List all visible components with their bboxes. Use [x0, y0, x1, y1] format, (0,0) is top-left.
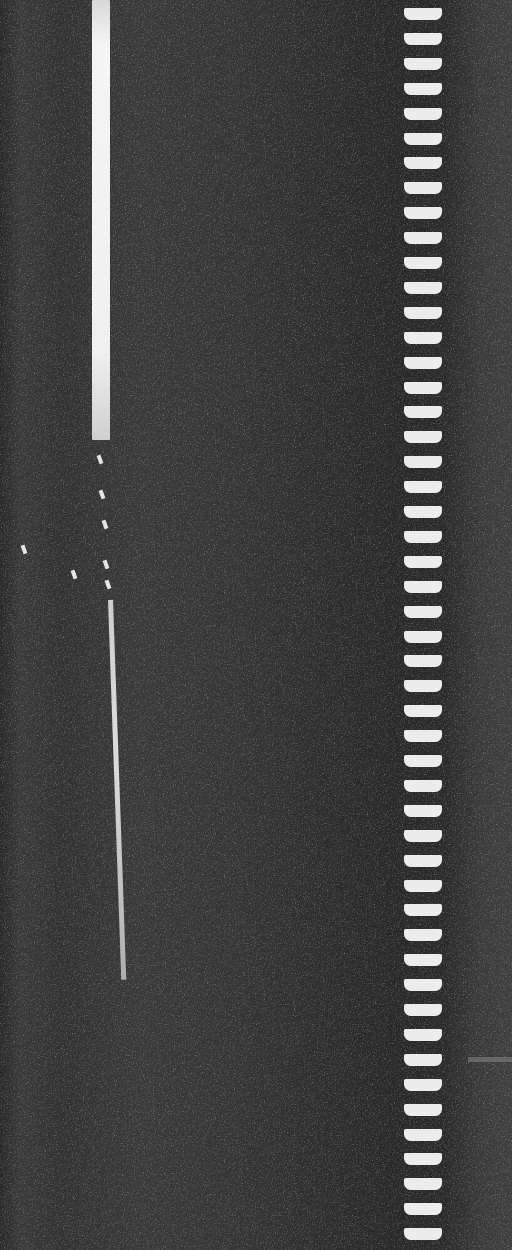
transverse-block — [404, 1228, 442, 1240]
transverse-block — [404, 133, 442, 145]
transverse-block — [404, 307, 442, 319]
transverse-block — [404, 1104, 442, 1116]
transverse-block — [404, 880, 442, 892]
transverse-block — [404, 830, 442, 842]
transverse-block — [404, 406, 442, 418]
transverse-block — [404, 581, 442, 593]
transverse-block — [404, 506, 442, 518]
transverse-block — [404, 705, 442, 717]
transverse-block — [404, 481, 442, 493]
transverse-block — [404, 1004, 442, 1016]
transverse-block — [404, 979, 442, 991]
transverse-block — [404, 157, 442, 169]
transverse-block — [404, 531, 442, 543]
transverse-block — [404, 929, 442, 941]
transverse-block — [404, 8, 442, 20]
transverse-block — [404, 232, 442, 244]
transverse-block — [404, 755, 442, 767]
transverse-block — [404, 257, 442, 269]
transverse-block — [404, 954, 442, 966]
transverse-block — [404, 855, 442, 867]
transverse-block — [404, 357, 442, 369]
transverse-block — [404, 680, 442, 692]
transverse-block — [404, 655, 442, 667]
transverse-block — [404, 108, 442, 120]
pavement-seam — [468, 1057, 512, 1062]
transverse-block — [404, 33, 442, 45]
transverse-block — [404, 182, 442, 194]
transverse-block — [404, 556, 442, 568]
transverse-block — [404, 780, 442, 792]
transverse-block — [404, 83, 442, 95]
transverse-block — [404, 431, 442, 443]
transverse-block — [404, 1079, 442, 1091]
transverse-block — [404, 631, 442, 643]
road-surface-photo — [0, 0, 512, 1250]
transverse-block — [404, 456, 442, 468]
transverse-block — [404, 805, 442, 817]
transverse-block — [404, 730, 442, 742]
transverse-block — [404, 606, 442, 618]
transverse-block — [404, 58, 442, 70]
solid-edge-line — [92, 0, 110, 440]
transverse-block — [404, 1029, 442, 1041]
transverse-block — [404, 1054, 442, 1066]
transverse-block — [404, 332, 442, 344]
transverse-block — [404, 282, 442, 294]
transverse-block — [404, 1203, 442, 1215]
transverse-block — [404, 1178, 442, 1190]
transverse-block — [404, 207, 442, 219]
transverse-block — [404, 382, 442, 394]
transverse-block — [404, 1129, 442, 1141]
transverse-block — [404, 904, 442, 916]
transverse-block — [404, 1153, 442, 1165]
